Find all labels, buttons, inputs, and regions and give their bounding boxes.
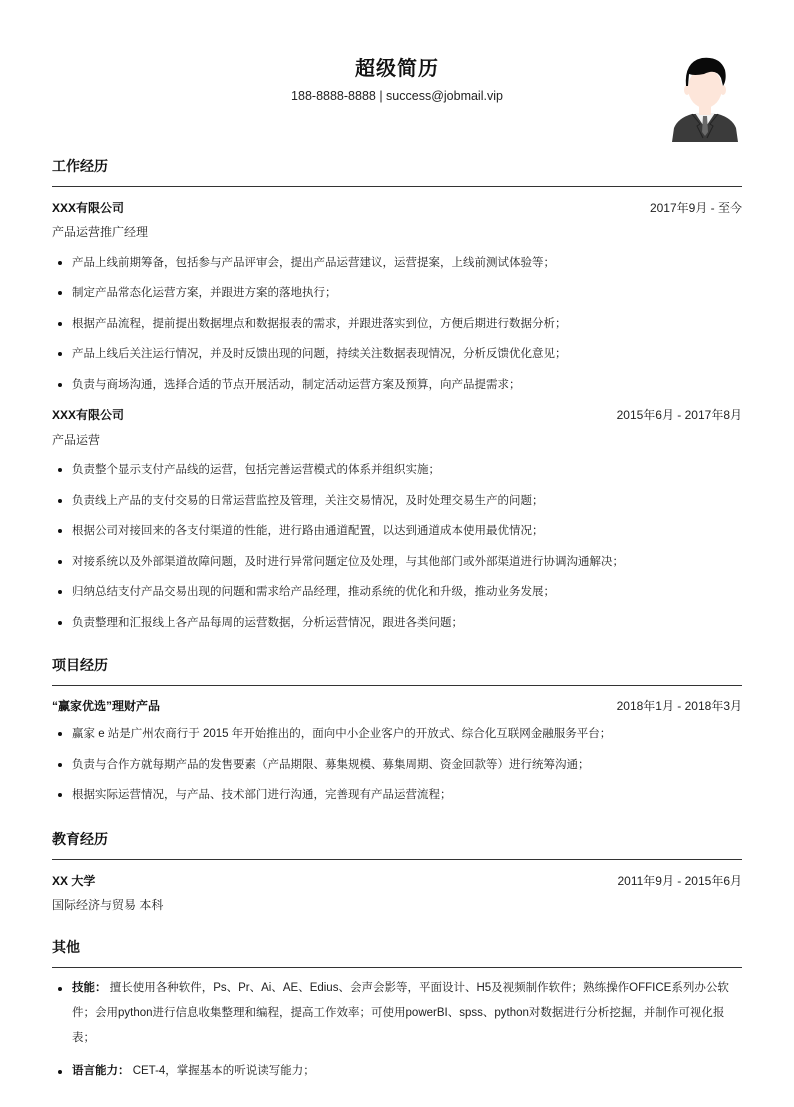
- email: success@jobmail.vip: [386, 89, 503, 103]
- male-avatar-icon: [670, 52, 740, 142]
- list-item: 根据实际运营情况，与产品、技术部门进行沟通，完善现有产品运营流程；: [52, 785, 742, 805]
- list-item: 负责线上产品的支付交易的日常运营监控及管理，关注交易情况，及时处理交易生产的问题…: [52, 491, 742, 511]
- list-item: 对接系统以及外部渠道故障问题，及时进行异常问题定位及处理，与其他部门或外部渠道进…: [52, 552, 742, 572]
- list-item: 制定产品常态化运营方案，并跟进方案的落地执行；: [52, 283, 742, 303]
- bullet-list: 产品上线前期筹备，包括参与产品评审会，提出产品运营建议，运营提案，上线前测试体验…: [52, 253, 742, 395]
- work-entry: XXX有限公司 2017年9月 - 至今 产品运营推广经理 产品上线前期筹备，包…: [52, 197, 742, 395]
- work-experience-section: 工作经历 XXX有限公司 2017年9月 - 至今 产品运营推广经理 产品上线前…: [52, 154, 742, 633]
- skills-text: 擅长使用各种软件，Ps、Pr、Ai、AE、Edius、会声会影等，平面设计、H5…: [72, 982, 729, 1044]
- job-role: 产品运营: [52, 430, 742, 450]
- section-title: 项目经历: [52, 653, 742, 677]
- language-item: 语言能力： CET-4，掌握基本的听说读写能力；: [52, 1059, 742, 1084]
- list-item: 负责整理和汇报线上各产品每周的运营数据，分析运营情况，跟进各类问题；: [52, 613, 742, 633]
- bullet-list: 技能： 擅长使用各种软件，Ps、Pr、Ai、AE、Edius、会声会影等，平面设…: [52, 976, 742, 1084]
- resume-header: 超级简历 188-8888-8888 | success@jobmail.vip: [52, 0, 742, 150]
- education-section: 教育经历 XX 大学 2011年9月 - 2015年6月 国际经济与贸易 本科: [52, 827, 742, 915]
- job-role: 产品运营推广经理: [52, 222, 742, 242]
- work-entry: XXX有限公司 2015年6月 - 2017年8月 产品运营 负责整个显示支付产…: [52, 405, 742, 633]
- section-divider: [52, 859, 742, 860]
- entry-date: 2015年6月 - 2017年8月: [617, 406, 742, 423]
- list-item: 产品上线前期筹备，包括参与产品评审会，提出产品运营建议，运营提案，上线前测试体验…: [52, 253, 742, 273]
- project-name: “赢家优选”理财产品: [52, 697, 160, 714]
- company-name: XXX有限公司: [52, 199, 124, 216]
- education-entry: XX 大学 2011年9月 - 2015年6月 国际经济与贸易 本科: [52, 870, 742, 915]
- list-item: 负责与商场沟通，选择合适的节点开展活动，制定活动运营方案及预算，向产品提需求；: [52, 375, 742, 395]
- list-item: 归纳总结支付产品交易出现的问题和需求给产品经理，推动系统的优化和升级，推动业务发…: [52, 582, 742, 602]
- project-experience-section: 项目经历 “赢家优选”理财产品 2018年1月 - 2018年3月 赢家 e 站…: [52, 653, 742, 806]
- entry-date: 2018年1月 - 2018年3月: [617, 697, 742, 714]
- candidate-name: 超级简历: [52, 52, 742, 81]
- school-name: XX 大学: [52, 872, 95, 889]
- section-title: 教育经历: [52, 827, 742, 851]
- major-degree: 国际经济与贸易 本科: [52, 895, 742, 915]
- list-item: 产品上线后关注运行情况，并及时反馈出现的问题，持续关注数据表现情况，分析反馈优化…: [52, 344, 742, 364]
- other-section: 其他 技能： 擅长使用各种软件，Ps、Pr、Ai、AE、Edius、会声会影等，…: [52, 935, 742, 1084]
- section-divider: [52, 967, 742, 968]
- list-item: 负责整个显示支付产品线的运营，包括完善运营模式的体系并组织实施；: [52, 460, 742, 480]
- language-label: 语言能力：: [72, 1065, 130, 1077]
- entry-date: 2017年9月 - 至今: [650, 199, 742, 216]
- contact-separator: |: [376, 89, 386, 103]
- section-divider: [52, 186, 742, 187]
- resume-page: 超级简历 188-8888-8888 | success@jobmail.vip: [52, 0, 742, 1084]
- list-item: 负责与合作方就每期产品的发售要素（产品期限、募集规模、募集周期、资金回款等）进行…: [52, 755, 742, 775]
- list-item: 根据产品流程，提前提出数据埋点和数据报表的需求，并跟进落实到位，方便后期进行数据…: [52, 314, 742, 334]
- company-name: XXX有限公司: [52, 406, 124, 423]
- entry-date: 2011年9月 - 2015年6月: [617, 872, 742, 889]
- phone: 188-8888-8888: [291, 89, 376, 103]
- contact-line: 188-8888-8888 | success@jobmail.vip: [52, 89, 742, 103]
- bullet-list: 负责整个显示支付产品线的运营，包括完善运营模式的体系并组织实施； 负责线上产品的…: [52, 460, 742, 633]
- skills-label: 技能：: [72, 982, 107, 994]
- section-divider: [52, 685, 742, 686]
- skills-item: 技能： 擅长使用各种软件，Ps、Pr、Ai、AE、Edius、会声会影等，平面设…: [52, 976, 742, 1051]
- project-entry: “赢家优选”理财产品 2018年1月 - 2018年3月 赢家 e 站是广州农商…: [52, 696, 742, 806]
- list-item: 赢家 e 站是广州农商行于 2015 年开始推出的，面向中小企业客户的开放式、综…: [52, 724, 742, 744]
- section-title: 工作经历: [52, 154, 742, 178]
- list-item: 根据公司对接回来的各支付渠道的性能，进行路由通道配置，以达到通道成本使用最优情况…: [52, 521, 742, 541]
- language-text: CET-4，掌握基本的听说读写能力；: [133, 1065, 315, 1077]
- section-title: 其他: [52, 935, 742, 959]
- bullet-list: 赢家 e 站是广州农商行于 2015 年开始推出的，面向中小企业客户的开放式、综…: [52, 724, 742, 805]
